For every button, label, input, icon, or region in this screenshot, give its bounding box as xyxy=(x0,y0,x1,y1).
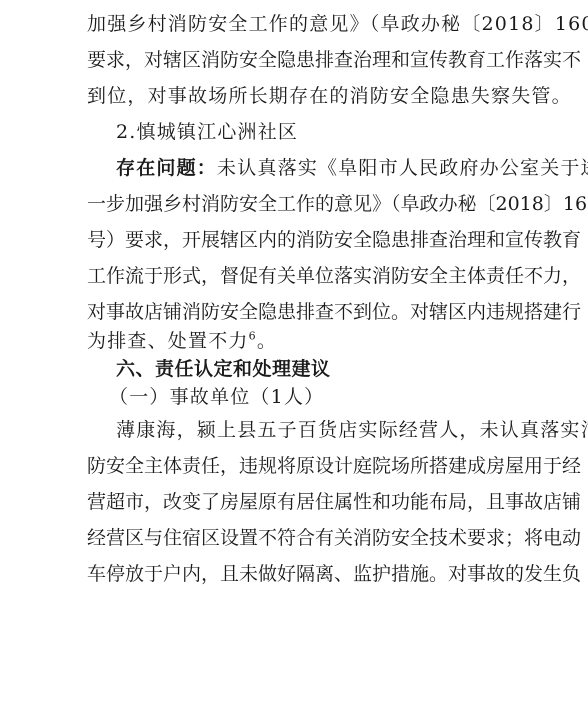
person-1-line: 防安全主体责任，违规将原设计庭院场所搭建成房屋用于经 xyxy=(87,453,501,479)
paragraph-line: 要求，对辖区消防安全隐患排查治理和宣传教育工作落实不 xyxy=(87,47,501,73)
issue-line: 对事故店铺消防安全隐患排查不到位。对辖区内违规搭建行 xyxy=(87,299,501,325)
issue-label: 存在问题： xyxy=(116,157,217,179)
issue-line-last: 为排查、处置不力6。 xyxy=(87,328,277,354)
document-page: 加强乡村消防安全工作的意见》（阜政办秘〔2018〕160号） 要求，对辖区消防安… xyxy=(0,0,588,728)
paragraph-line: 到位，对事故场所长期存在的消防安全隐患失察失管。 xyxy=(87,83,572,109)
person-1-line: 经营区与住宿区设置不符合有关消防安全技术要求；将电动 xyxy=(87,525,501,551)
person-1-line: 车停放于户内，且未做好隔离、监护措施。对事故的发生负 xyxy=(87,561,501,587)
subheading-jiangxinzhou: 2.慎城镇江心洲社区 xyxy=(116,119,298,145)
issue-last-text: 为排查、处置不力 xyxy=(87,330,249,352)
section-heading: 六、责任认定和处理建议 xyxy=(116,356,331,382)
paragraph-line: 加强乡村消防安全工作的意见》（阜政办秘〔2018〕160号） xyxy=(87,11,588,37)
issue-text: 未认真落实《阜阳市人民政府办公室关于进 xyxy=(217,157,588,179)
issue-line-first: 存在问题：未认真落实《阜阳市人民政府办公室关于进 xyxy=(116,155,588,181)
issue-line: 号）要求，开展辖区内的消防安全隐患排查治理和宣传教育 xyxy=(87,227,501,253)
footnote-ref[interactable]: 6 xyxy=(249,330,257,343)
issue-line: 一步加强乡村消防安全工作的意见》（阜政办秘〔2018〕160 xyxy=(87,191,501,217)
person-1-line: 营超市，改变了房屋原有居住属性和功能布局，且事故店铺 xyxy=(87,489,501,515)
issue-last-punct: 。 xyxy=(257,330,277,352)
issue-line: 工作流于形式，督促有关单位落实消防安全主体责任不力， xyxy=(87,263,501,289)
subsection-heading-1: （一）事故单位（1人） xyxy=(109,384,324,410)
person-1-first-line: 薄康海，颍上县五子百货店实际经营人，未认真落实消 xyxy=(116,417,588,443)
